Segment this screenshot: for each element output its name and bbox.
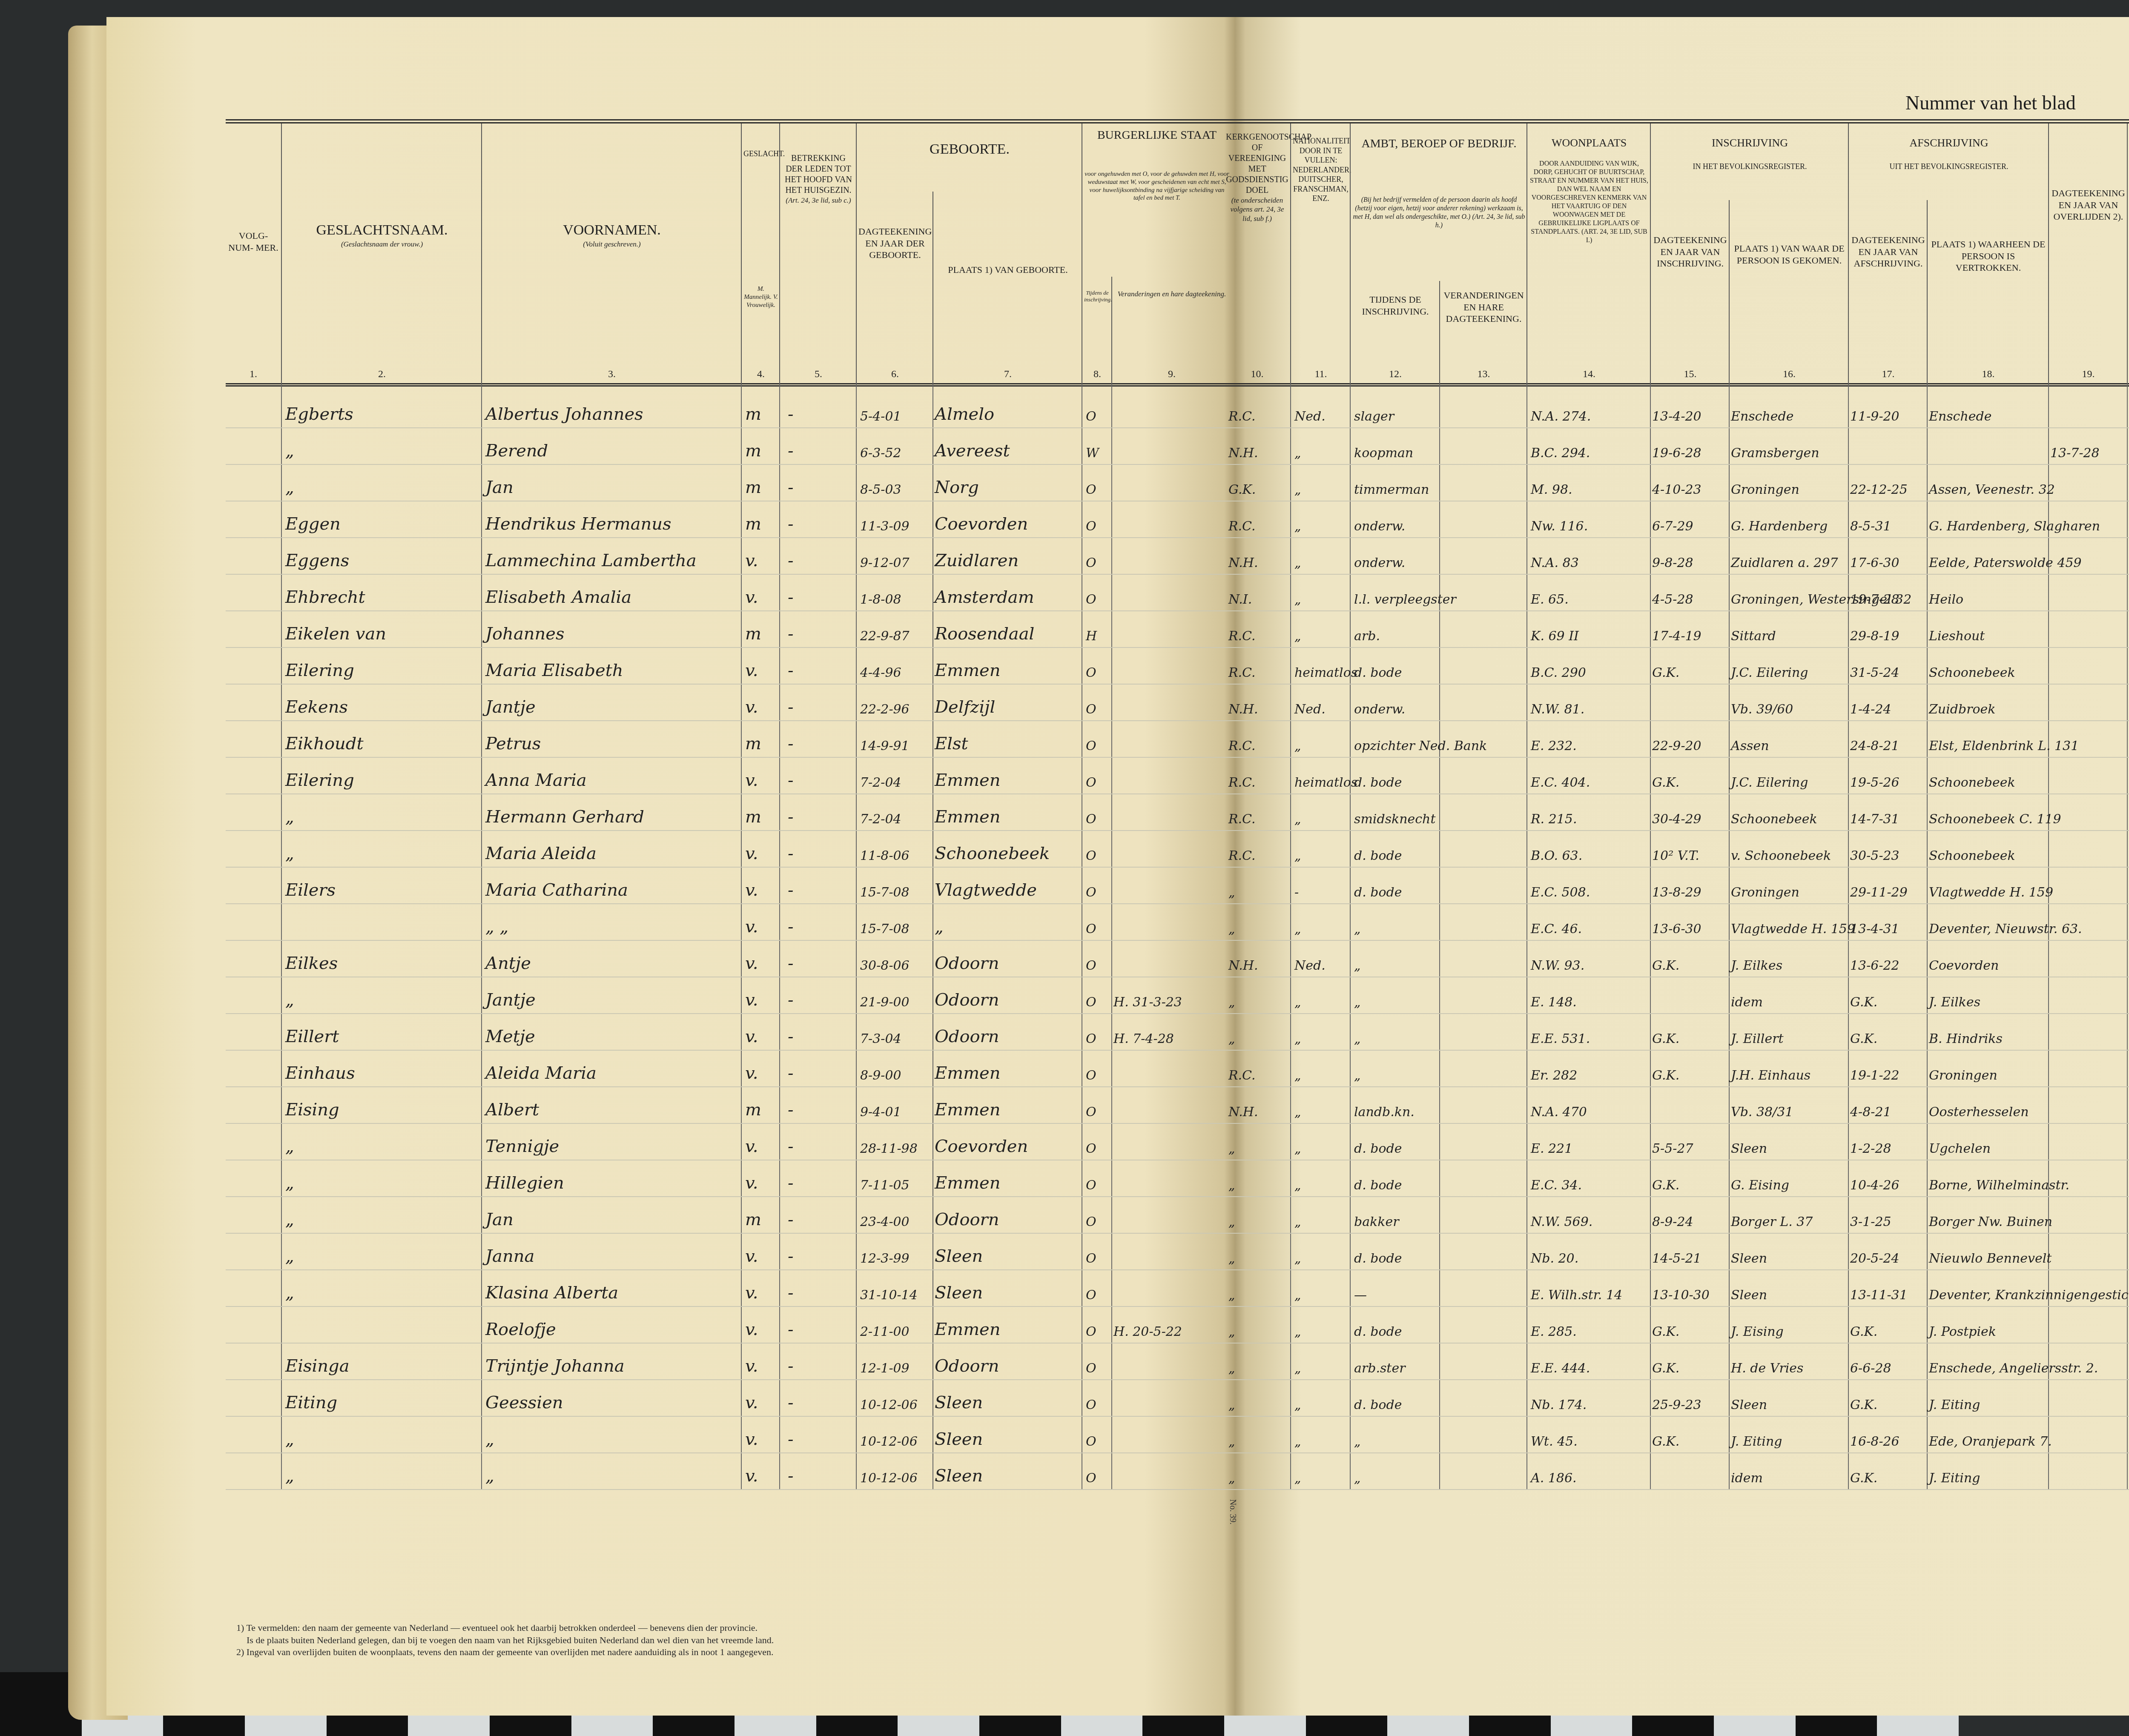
sheet-number-label: Nummer van het blad (1905, 92, 2076, 114)
cell-nat: „ (1294, 519, 1301, 534)
table-row: EisingAlbertm-9-4-01EmmenO (226, 1087, 1231, 1124)
table-row: „„v.-10-12-06SleenO (226, 1417, 1231, 1453)
cell-nat: „ (1294, 1398, 1301, 1412)
cell-nat: „ (1294, 482, 1301, 497)
cell-rel: - (788, 441, 794, 461)
table-row: „„„E.E. 531.G.K.J. EillertG.K.B. Hindrik… (1224, 1014, 2129, 1051)
cell-given: Maria Catharina (485, 880, 628, 900)
cell-surname: „ (285, 1210, 294, 1229)
table-row: EggensLammechina Lamberthav.-9-12-07Zuid… (226, 538, 1231, 575)
cell-sex: v. (745, 771, 758, 790)
cell-rel: - (788, 1027, 794, 1046)
table-row: EikhoudtPetrusm-14-9-91ElstO (226, 721, 1231, 758)
cell-rel: - (788, 734, 794, 753)
cell-sex: m (745, 441, 761, 461)
cell-out-date: G.K. (1850, 1471, 1877, 1486)
cell-rel: - (788, 514, 794, 534)
cell-church: „ (1228, 1434, 1235, 1449)
cell-sex: v. (745, 917, 758, 937)
cell-church: N.H. (1228, 446, 1258, 461)
cell-nat: - (1294, 885, 1299, 900)
cell-surname: Eilers (285, 880, 336, 900)
cell-address: N.A. 274. (1531, 409, 1591, 424)
cell-address: E.E. 444. (1531, 1361, 1590, 1376)
cell-civil: O (1086, 1471, 1096, 1486)
table-row: „„v.-10-12-06SleenO (226, 1453, 1231, 1490)
cell-given: Jantje (485, 697, 536, 717)
cell-in-from: Gramsbergen (1731, 446, 1819, 461)
cell-given: Albertus Johannes (485, 404, 643, 424)
table-row: Eikelen vanJohannesm-22-9-87RoosendaalH (226, 611, 1231, 648)
cell-rel: - (788, 917, 794, 937)
cell-surname: „ (285, 1429, 294, 1449)
table-row: „„d. bodeE.C. 34.G.K.G. Eising10-4-26Bor… (1224, 1160, 2129, 1197)
cell-rel: - (788, 1246, 794, 1266)
cell-nat: „ (1294, 1068, 1301, 1083)
footnote-2: 2) Ingeval van overlijden buiten de woon… (236, 1646, 774, 1659)
cell-occupation: l.l. verpleegster (1354, 592, 1456, 607)
cell-in-date: 4-5-28 (1652, 592, 1693, 607)
table-row: R.C.Ned.slagerN.A. 274.13-4-20Enschede11… (1224, 392, 2129, 428)
cell-given: Antje (485, 954, 531, 973)
cell-sex: v. (745, 844, 758, 863)
cell-given: Tennigje (485, 1137, 559, 1156)
cell-civil: O (1086, 1031, 1096, 1046)
cell-in-date: G.K. (1652, 958, 1679, 973)
cell-address: B.C. 294. (1531, 446, 1590, 461)
cell-given: „ „ (485, 917, 508, 937)
cell-rel: - (788, 1137, 794, 1156)
cell-surname: „ (285, 1173, 294, 1193)
volume-mark: No. 39. (1228, 1499, 1237, 1524)
cell-church: R.C. (1228, 848, 1256, 863)
cell-born: 15-7-08 (860, 922, 910, 937)
col-header-3: Voornamen.(Voluit geschreven.)3. (481, 123, 742, 383)
col-header-13: Veranderingen en hare dagteekening.13. (1439, 281, 1527, 383)
col-header-2: Geslachtsnaam.(Geslachtsnaam der vrouw.)… (281, 123, 482, 383)
cell-occupation: „ (1354, 995, 1361, 1010)
cell-nat: „ (1294, 848, 1301, 863)
cell-out-date: 11-9-20 (1850, 409, 1899, 424)
cell-out-date: 29-11-29 (1850, 885, 1908, 900)
table-row: N.H.„onderw.N.A. 839-8-28Zuidlaren a. 29… (1224, 538, 2129, 575)
cell-out-to: Groningen (1929, 1068, 1997, 1083)
cell-sex: v. (745, 587, 758, 607)
cell-church: „ (1228, 1031, 1235, 1046)
cell-church: „ (1228, 1324, 1235, 1339)
cell-out-to: Elst, Eldenbrink L. 131 (1929, 739, 2079, 753)
cell-out-to: Schoonebeek (1929, 775, 2015, 790)
cell-out-date: 10-4-26 (1850, 1178, 1899, 1193)
table-row: R.C.„opzichter Ned. BankE. 232.22-9-20As… (1224, 721, 2129, 758)
cell-sex: v. (745, 954, 758, 973)
table-row: N.I.„l.l. verpleegsterE. 65.4-5-28Gronin… (1224, 575, 2129, 611)
table-row: „Janm-8-5-03NorgO (226, 465, 1231, 501)
cell-in-date: G.K. (1652, 1361, 1679, 1376)
table-row: „Tennigjev.-28-11-98CoevordenO (226, 1124, 1231, 1160)
cell-address: E. 148. (1531, 995, 1577, 1010)
cell-given: Johannes (485, 624, 564, 644)
cell-civil: O (1086, 1434, 1096, 1449)
cell-place: Sleen (935, 1393, 983, 1412)
cell-surname: Eilering (285, 661, 354, 680)
cell-civil: O (1086, 995, 1096, 1010)
table-row: EillertMetjev.-7-3-04OdoornOH. 7-4-28 (226, 1014, 1231, 1051)
cell-nat: heimatlos (1294, 665, 1357, 680)
cell-nat: heimatlos (1294, 775, 1357, 790)
cell-rel: - (788, 478, 794, 497)
register-header-left: Volg- num- mer.1. Geslachtsnaam.(Geslach… (226, 119, 1231, 387)
table-row: EilersMaria Catharinav.-15-7-08Vlagtwedd… (226, 868, 1231, 904)
cell-civil: O (1086, 1398, 1096, 1412)
cell-surname: „ (285, 1137, 294, 1156)
cell-rel: - (788, 954, 794, 973)
table-row: G.K.„timmermanM. 98.4-10-23Groningen22-1… (1224, 465, 2129, 501)
cell-in-date: 13-6-30 (1652, 922, 1701, 937)
cell-rel: - (788, 880, 794, 900)
cell-occupation: opzichter Ned. Bank (1354, 739, 1487, 753)
table-row: EitingGeessienv.-10-12-06SleenO (226, 1380, 1231, 1417)
cell-in-date: G.K. (1652, 1324, 1679, 1339)
cell-in-from: J. Eilkes (1731, 958, 1782, 973)
cell-born: 22-2-96 (860, 702, 910, 717)
table-row: „„d. bodeNb. 20.14-5-21Sleen20-5-24Nieuw… (1224, 1234, 2129, 1270)
cell-born: 12-1-09 (860, 1361, 910, 1376)
cell-out-date: G.K. (1850, 1324, 1877, 1339)
cell-rel: - (788, 404, 794, 424)
cell-nat: „ (1294, 812, 1301, 827)
cell-church: N.I. (1228, 592, 1252, 607)
cell-nat: „ (1294, 629, 1301, 644)
table-row: EileringAnna Mariav.-7-2-04EmmenO (226, 758, 1231, 794)
cell-in-from: Enschede (1731, 409, 1793, 424)
table-row: R.C.„d. bodeB.O. 63.10² V.T.v. Schoonebe… (1224, 831, 2129, 868)
cell-address: R. 215. (1531, 812, 1577, 827)
cell-out-date: 6-6-28 (1850, 1361, 1891, 1376)
cell-in-from: G. Hardenberg (1731, 519, 1828, 534)
cell-church: R.C. (1228, 665, 1256, 680)
table-row: N.H.„koopmanB.C. 294.19-6-28Gramsbergen1… (1224, 428, 2129, 465)
cell-civil: H (1086, 629, 1097, 644)
cell-in-date: 8-9-24 (1652, 1215, 1693, 1229)
cell-born: 8-5-03 (860, 482, 901, 497)
cell-given: Maria Elisabeth (485, 661, 623, 680)
cell-sex: v. (745, 990, 758, 1010)
cell-in-from: Vb. 39/60 (1731, 702, 1793, 717)
table-row: „„—E. Wilh.str. 1413-10-30Sleen13-11-31D… (1224, 1270, 2129, 1307)
table-row: N.H.„landb.kn.N.A. 470Vb. 38/314-8-21Oos… (1224, 1087, 2129, 1124)
cell-born: 30-8-06 (860, 958, 910, 973)
col-header-19: Dagteekening en jaar van overlijden 2).1… (2048, 123, 2128, 383)
cell-in-from: Sittard (1731, 629, 1776, 644)
cell-church: „ (1228, 1215, 1235, 1229)
cell-civil: O (1086, 775, 1096, 790)
cell-address: N.W. 93. (1531, 958, 1584, 973)
cell-out-to: Borne, Wilhelminastr. (1929, 1178, 2069, 1193)
cell-out-date: 13-6-22 (1850, 958, 1899, 973)
cell-surname: „ (285, 844, 294, 863)
cell-church: R.C. (1228, 739, 1256, 753)
cell-in-date: G.K. (1652, 775, 1679, 790)
cell-surname: Eising (285, 1100, 339, 1120)
cell-nat: „ (1294, 1288, 1301, 1303)
cell-out-date: G.K. (1850, 995, 1877, 1010)
cell-place: Emmen (935, 661, 1001, 680)
cell-place: Sleen (935, 1246, 983, 1266)
cell-civil: O (1086, 958, 1096, 973)
cell-sex: v. (745, 551, 758, 570)
cell-address: Nw. 116. (1531, 519, 1588, 534)
cell-out-to: Deventer, Nieuwstr. 63. (1929, 922, 2082, 937)
table-row: „„bakkerN.W. 569.8-9-24Borger L. 373-1-2… (1224, 1197, 2129, 1234)
cell-in-from: H. de Vries (1731, 1361, 1803, 1376)
cell-born: 10-12-06 (860, 1471, 918, 1486)
table-row: „„„A. 186.idemG.K.J. Eiting (1224, 1453, 2129, 1490)
cell-given: Jan (485, 1210, 514, 1229)
cell-nat: „ (1294, 995, 1301, 1010)
cell-sex: v. (745, 1283, 758, 1303)
cell-born: 22-9-87 (860, 629, 910, 644)
table-row: R.C.heimatlosd. bodeB.C. 290G.K.J.C. Eil… (1224, 648, 2129, 685)
cell-occupation: d. bode (1354, 1178, 1402, 1193)
footnote-1-cont: Is de plaats buiten Nederland gelegen, d… (236, 1634, 774, 1647)
cell-in-from: J. Eiting (1731, 1434, 1782, 1449)
cell-civil: O (1086, 556, 1096, 570)
cell-in-from: G. Eising (1731, 1178, 1789, 1193)
cell-out-to: Ede, Oranjepark 7. (1929, 1434, 2052, 1449)
cell-born: 6-3-52 (860, 446, 901, 461)
cell-sex: v. (745, 1393, 758, 1412)
cell-occupation: d. bode (1354, 885, 1402, 900)
cell-church: N.H. (1228, 958, 1258, 973)
cell-out-date: 13-4-31 (1850, 922, 1899, 937)
cell-in-from: idem (1731, 1471, 1763, 1486)
cell-occupation: onderw. (1354, 702, 1405, 717)
cell-surname: „ (285, 441, 294, 461)
cell-sex: v. (745, 1466, 758, 1486)
cell-in-date: 22-9-20 (1652, 739, 1701, 753)
cell-rel: - (788, 551, 794, 570)
cell-civil: O (1086, 592, 1096, 607)
cell-born: 8-9-00 (860, 1068, 901, 1083)
cell-given: Roelofje (485, 1320, 556, 1339)
table-row: „„d. bodeNb. 174.25-9-23SleenG.K.J. Eiti… (1224, 1380, 2129, 1417)
cell-surname: „ (285, 1283, 294, 1303)
cell-church: R.C. (1228, 775, 1256, 790)
cell-address: E.C. 404. (1531, 775, 1590, 790)
cell-out-date: 13-11-31 (1850, 1288, 1908, 1303)
cell-sex: v. (745, 1429, 758, 1449)
cell-civil: O (1086, 1251, 1096, 1266)
cell-nat: „ (1294, 1471, 1301, 1486)
cell-place: Emmen (935, 1100, 1001, 1120)
cell-address: K. 69 II (1531, 629, 1579, 644)
cell-out-to: B. Hindriks (1929, 1031, 2003, 1046)
cell-nat: „ (1294, 556, 1301, 570)
cell-rel: - (788, 1210, 794, 1229)
cell-nat: Ned. (1294, 958, 1326, 973)
cell-occupation: d. bode (1354, 775, 1402, 790)
cell-place: Avereest (935, 441, 1010, 461)
cell-occupation: „ (1354, 958, 1361, 973)
col-header-6: Dagteekening en jaar der geboorte.6. (856, 192, 933, 383)
table-row: EinhausAleida Mariav.-8-9-00EmmenO (226, 1051, 1231, 1087)
cell-nat: „ (1294, 1215, 1301, 1229)
col-header-15: Dagteekening en jaar van inschrijving.15… (1650, 200, 1730, 383)
cell-civil: O (1086, 482, 1096, 497)
cell-out-to: Enschede, Angeliersstr. 2. (1929, 1361, 2098, 1376)
cell-sex: v. (745, 1173, 758, 1193)
cell-rel: - (788, 661, 794, 680)
cell-in-date: G.K. (1652, 1031, 1679, 1046)
cell-place: Vlagtwedde (935, 880, 1037, 900)
cell-occupation: d. bode (1354, 1398, 1402, 1412)
cell-civil: O (1086, 1288, 1096, 1303)
cell-place: Emmen (935, 807, 1001, 827)
col-header-7: Plaats 1) van geboorte.7. (933, 192, 1082, 383)
cell-in-from: Sleen (1731, 1141, 1767, 1156)
cell-nat: „ (1294, 1141, 1301, 1156)
col-header-20: Aanmerkingen.(Art. 24, 5e lid.)20. (2127, 123, 2129, 383)
cell-place: Schoonebeek (935, 844, 1050, 863)
cell-rel: - (788, 807, 794, 827)
cell-given: Petrus (485, 734, 541, 753)
cell-born: 28-11-98 (860, 1141, 918, 1156)
cell-address: E.C. 46. (1531, 922, 1582, 937)
cell-nat: „ (1294, 1031, 1301, 1046)
cell-in-from: J.C. Eilering (1731, 775, 1808, 790)
cell-out-date: 19-1-22 (1850, 1068, 1899, 1083)
cell-occupation: „ (1354, 1068, 1361, 1083)
cell-place: Sleen (935, 1283, 983, 1303)
table-row: „Maria Aleidav.-11-8-06SchoonebeekO (226, 831, 1231, 868)
cell-out-date: 17-6-30 (1850, 556, 1899, 570)
cell-out-date: 8-5-31 (1850, 519, 1891, 534)
col-header-1: Volg- num- mer.1. (226, 123, 281, 383)
cell-church: „ (1228, 1398, 1235, 1412)
cell-in-from: J. Eising (1731, 1324, 1784, 1339)
cell-surname: Eilering (285, 771, 354, 790)
cell-surname: Eikelen van (285, 624, 386, 644)
cell-out-to: Coevorden (1929, 958, 1999, 973)
cell-out-date: 1-4-24 (1850, 702, 1891, 717)
cell-sex: v. (745, 1063, 758, 1083)
cell-civil: O (1086, 1215, 1096, 1229)
cell-civil: O (1086, 848, 1096, 863)
cell-given: Hillegien (485, 1173, 564, 1193)
cell-in-from: idem (1731, 995, 1763, 1010)
cell-church: N.H. (1228, 556, 1258, 570)
table-row: R.C.„arb.K. 69 II17-4-19Sittard29-8-19Li… (1224, 611, 2129, 648)
table-row: „Jannav.-12-3-99SleenO (226, 1234, 1231, 1270)
cell-out-date: 19-7-28 (1850, 592, 1899, 607)
cell-address: E. 285. (1531, 1324, 1577, 1339)
cell-born: 4-4-96 (860, 665, 901, 680)
cell-civil: O (1086, 665, 1096, 680)
cell-in-date: 10² V.T. (1652, 848, 1699, 863)
cell-rel: - (788, 624, 794, 644)
cell-born: 11-8-06 (860, 848, 910, 863)
cell-occupation: d. bode (1354, 1141, 1402, 1156)
cell-in-from: v. Schoonebeek (1731, 848, 1831, 863)
cell-church: „ (1228, 1251, 1235, 1266)
cell-address: B.O. 63. (1531, 848, 1582, 863)
table-row: „Berendm-6-3-52AvereestW (226, 428, 1231, 465)
cell-surname: „ (285, 478, 294, 497)
cell-in-from: J. Eillert (1731, 1031, 1784, 1046)
cell-place: „ (935, 917, 944, 937)
cell-occupation: d. bode (1354, 1251, 1402, 1266)
cell-address: B.C. 290 (1531, 665, 1586, 680)
cell-address: Wt. 45. (1531, 1434, 1578, 1449)
cell-born: 31-10-14 (860, 1288, 918, 1303)
cell-place: Delfzijl (935, 697, 995, 717)
cell-address: Nb. 20. (1531, 1251, 1578, 1266)
cell-civil-change: H. 31-3-23 (1113, 995, 1182, 1010)
cell-sex: v. (745, 1027, 758, 1046)
cell-sex: m (745, 478, 761, 497)
register-header-right: Kerkgenootschap of vereeniging met godsd… (1224, 119, 2129, 387)
table-row: „Hermann Gerhardm-7-2-04EmmenO (226, 794, 1231, 831)
cell-place: Emmen (935, 1173, 1001, 1193)
cell-occupation: arb. (1354, 629, 1380, 644)
cell-address: E. 65. (1531, 592, 1569, 607)
col-header-9: Veranderingen en hare dagteekening.9. (1111, 277, 1231, 383)
cell-born: 23-4-00 (860, 1215, 910, 1229)
cell-in-from: Vlagtwedde H. 159 (1731, 922, 1855, 937)
cell-nat: „ (1294, 1251, 1301, 1266)
cell-civil-change: H. 20-5-22 (1113, 1324, 1182, 1339)
cell-sex: v. (745, 1246, 758, 1266)
cell-address: A. 186. (1531, 1471, 1577, 1486)
cell-civil: O (1086, 409, 1096, 424)
table-row: „ „v.-15-7-08„O (226, 904, 1231, 941)
cell-surname: Eggen (285, 514, 341, 534)
cell-civil: O (1086, 1141, 1096, 1156)
cell-in-date: 14-5-21 (1652, 1251, 1701, 1266)
cell-sex: m (745, 1100, 761, 1120)
cell-born: 11-3-09 (860, 519, 910, 534)
cell-place: Emmen (935, 1320, 1001, 1339)
col-header-5: Betrekking der leden tot het hoofd van h… (779, 123, 857, 383)
cell-church: „ (1228, 885, 1235, 900)
cell-out-to: Deventer, Krankzinnigengesticht (1929, 1288, 2129, 1303)
cell-occupation: slager (1354, 409, 1394, 424)
cell-rel: - (788, 697, 794, 717)
cell-rel: - (788, 1063, 794, 1083)
cell-born: 15-7-08 (860, 885, 910, 900)
cell-out-to: Ugchelen (1929, 1141, 1991, 1156)
cell-surname: Eekens (285, 697, 348, 717)
cell-rel: - (788, 990, 794, 1010)
col-header-4: Geslacht.M. Mannelijk. V. Vrouwelijk.4. (741, 123, 780, 383)
cell-sex: v. (745, 697, 758, 717)
cell-address: E. 232. (1531, 739, 1577, 753)
cell-given: „ (485, 1466, 494, 1486)
cell-occupation: onderw. (1354, 519, 1405, 534)
table-row: „„„E. 148.idemG.K.J. Eilkes (1224, 977, 2129, 1014)
cell-sex: m (745, 734, 761, 753)
cell-address: M. 98. (1531, 482, 1572, 497)
cell-nat: „ (1294, 446, 1301, 461)
table-row: R.C.heimatlosd. bodeE.C. 404.G.K.J.C. Ei… (1224, 758, 2129, 794)
cell-out-date: 31-5-24 (1850, 665, 1899, 680)
cell-out-date: 29-8-19 (1850, 629, 1899, 644)
col-header-18: Plaats 1) waarheen de persoon is vertrok… (1927, 200, 2049, 383)
cell-given: „ (485, 1429, 494, 1449)
table-row: „„d. bodeE. 2215-5-27Sleen1-2-28Ugchelen (1224, 1124, 2129, 1160)
cell-in-from: J.C. Eilering (1731, 665, 1808, 680)
